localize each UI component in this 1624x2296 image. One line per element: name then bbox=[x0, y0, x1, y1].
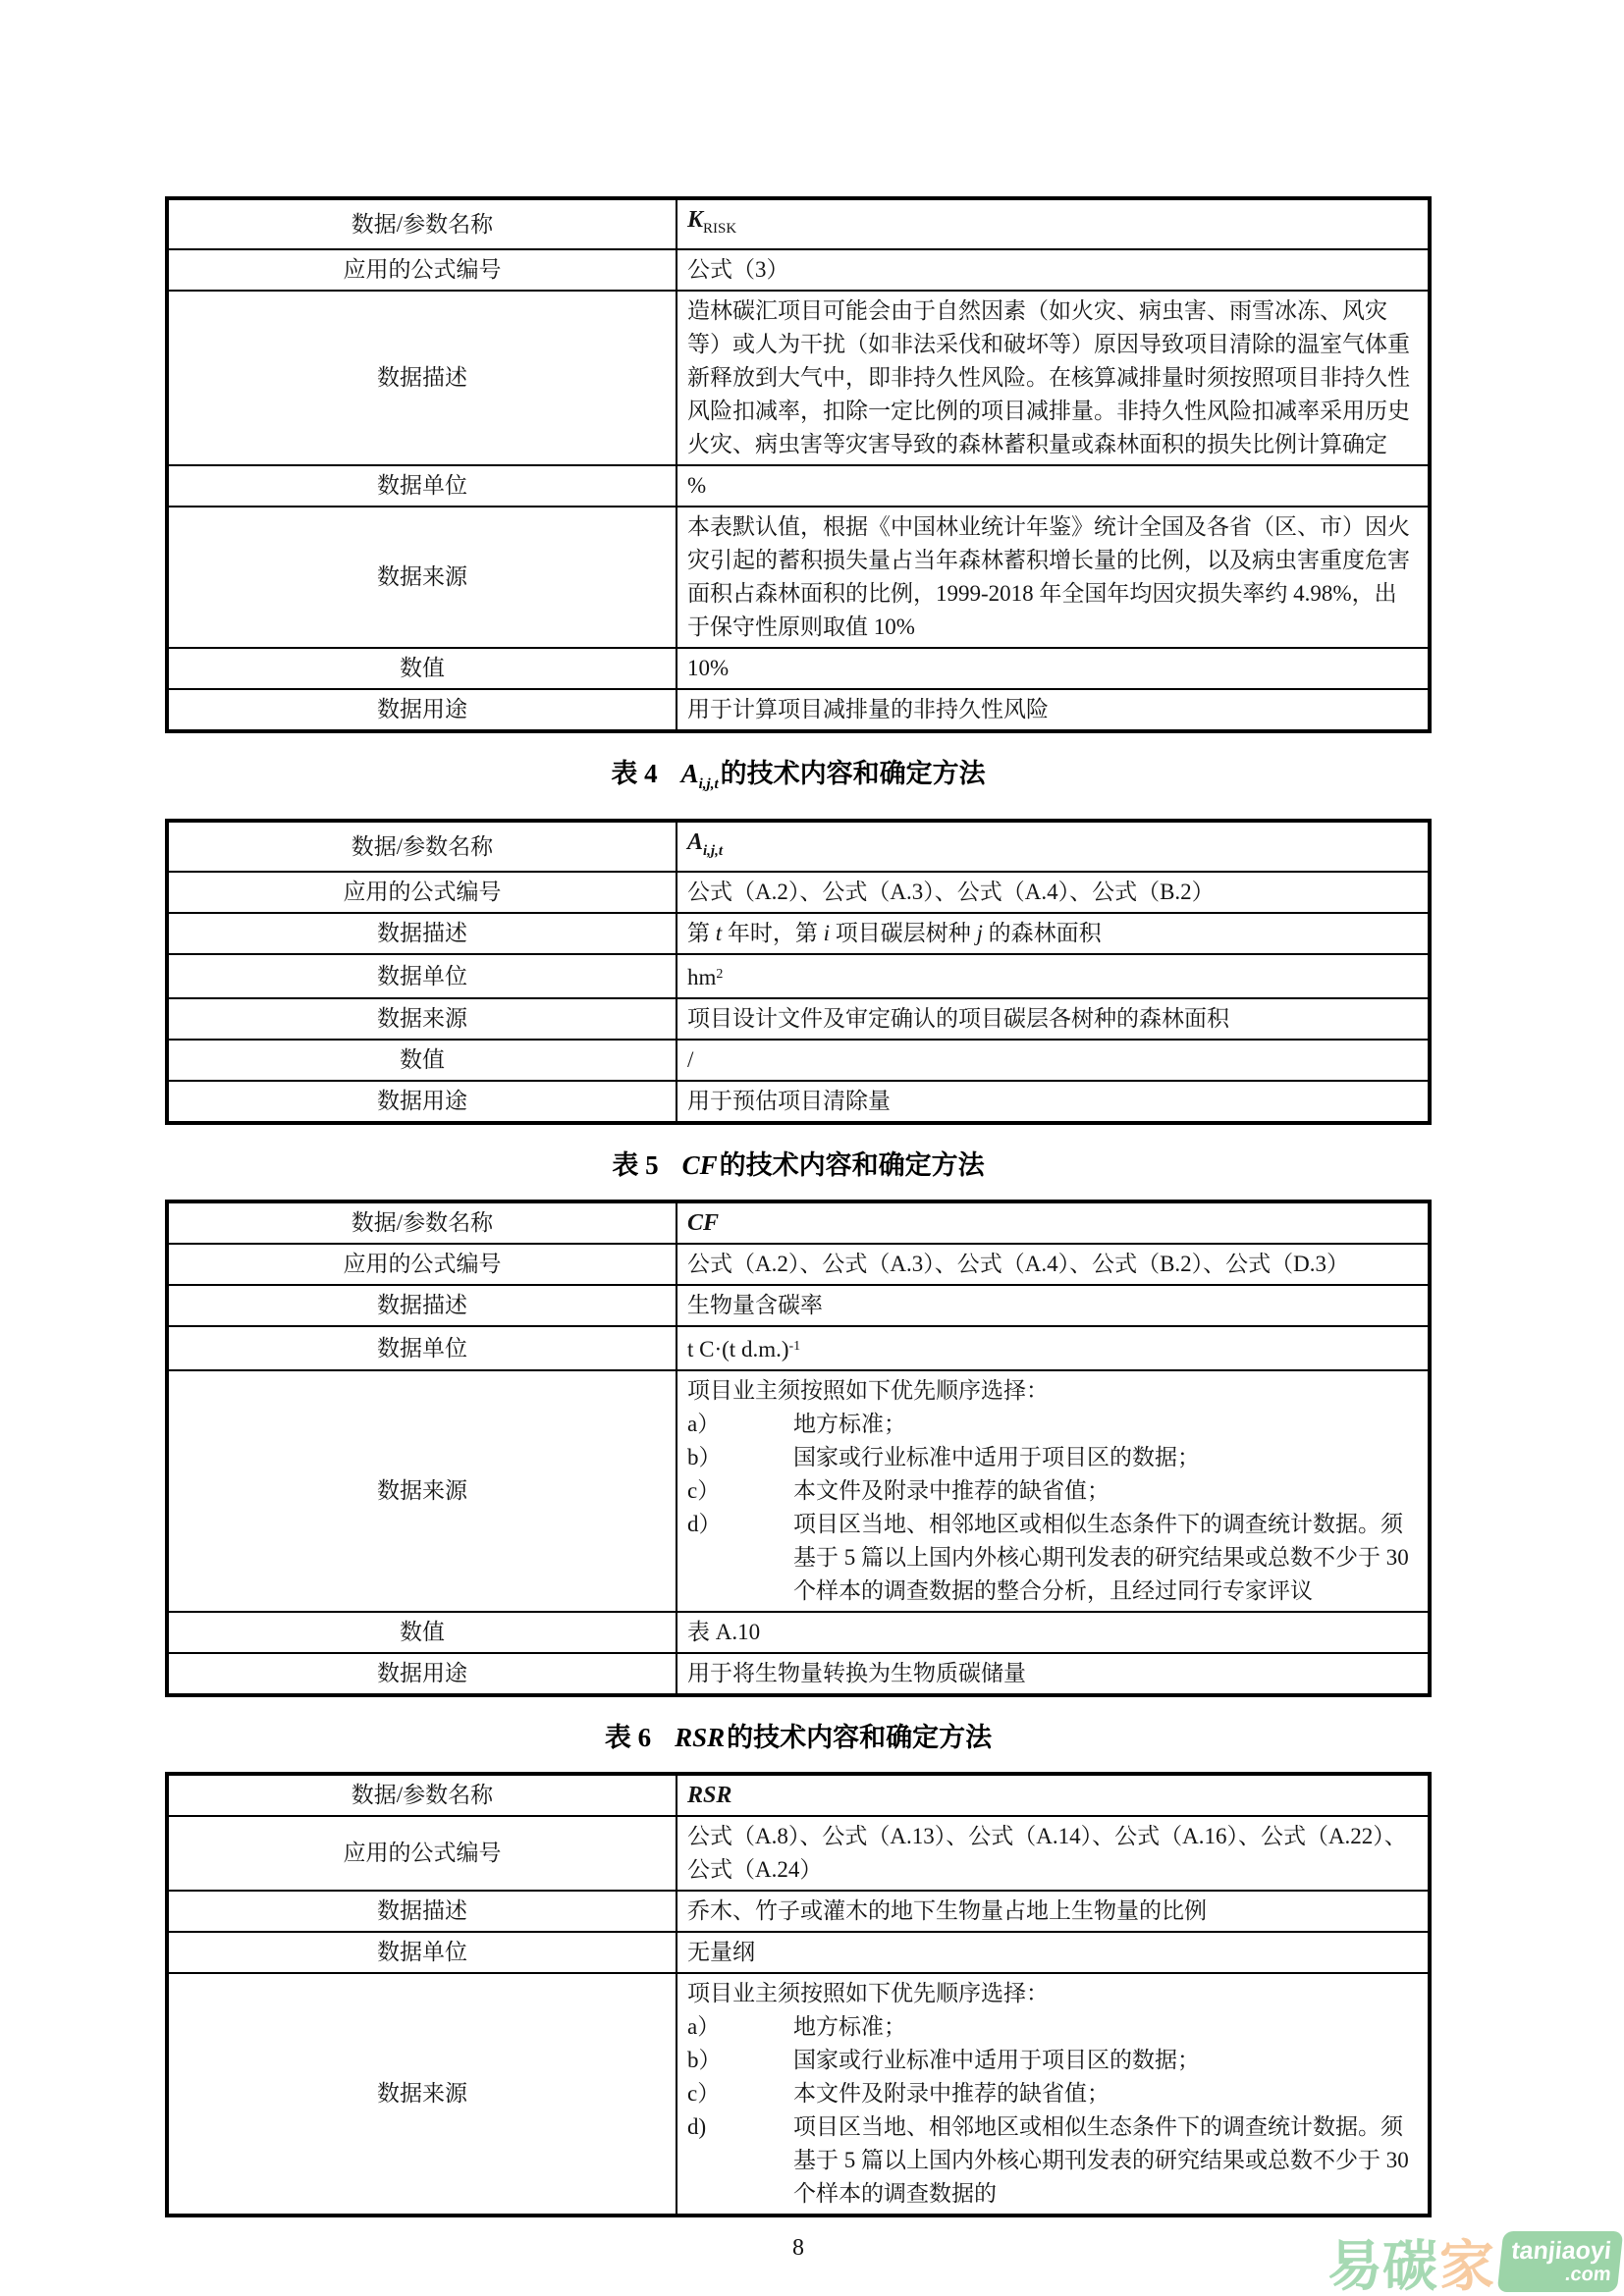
table-row: 应用的公式编号 公式（3） bbox=[167, 249, 1430, 291]
row-value: 项目设计文件及审定确认的项目碳层各树种的森林面积 bbox=[677, 998, 1430, 1040]
row-label: 数据/参数名称 bbox=[167, 198, 677, 249]
row-value: t C·(t d.m.)-1 bbox=[677, 1326, 1430, 1370]
list-item: c）本文件及附录中推荐的缺省值； bbox=[687, 2077, 1418, 2110]
row-value: 表 A.10 bbox=[677, 1612, 1430, 1653]
list-item: a）地方标准； bbox=[687, 1408, 1418, 1441]
param-subscript: RISK bbox=[703, 221, 736, 237]
row-label: 数据单位 bbox=[167, 1932, 677, 1973]
table-row: 数据/参数名称 CF bbox=[167, 1201, 1430, 1244]
parameter-table-cf: 数据/参数名称 CF 应用的公式编号 公式（A.2）、公式（A.3）、公式（A.… bbox=[165, 1200, 1432, 1697]
list-item: a）地方标准； bbox=[687, 2010, 1418, 2044]
table-row: 数据用途 用于将生物量转换为生物质碳储量 bbox=[167, 1653, 1430, 1695]
row-label: 数据用途 bbox=[167, 1653, 677, 1695]
row-label: 数据描述 bbox=[167, 291, 677, 465]
page-number: 8 bbox=[165, 2235, 1432, 2262]
row-label: 数据/参数名称 bbox=[167, 1201, 677, 1244]
row-value: 公式（A.8）、公式（A.13）、公式（A.14）、公式（A.16）、公式（A.… bbox=[677, 1816, 1430, 1891]
table-6-title: 表 6RSR的技术内容和确定方法 bbox=[165, 1721, 1432, 1754]
row-label: 数据来源 bbox=[167, 507, 677, 648]
row-label: 数据来源 bbox=[167, 998, 677, 1040]
row-label: 数据用途 bbox=[167, 689, 677, 731]
list-marker: c） bbox=[687, 2077, 793, 2110]
row-value: 用于预估项目清除量 bbox=[677, 1081, 1430, 1123]
table-row: 数据用途 用于预估项目清除量 bbox=[167, 1081, 1430, 1123]
row-value: 乔木、竹子或灌木的地下生物量占地上生物量的比例 bbox=[677, 1891, 1430, 1932]
table-row: 数据来源 项目业主须按照如下优先顺序选择： a）地方标准； b）国家或行业标准中… bbox=[167, 1973, 1430, 2216]
title-text: 的技术内容和确定方法 bbox=[721, 759, 986, 788]
row-value-param-name: Ai,j,t bbox=[677, 821, 1430, 872]
row-label: 数据描述 bbox=[167, 1891, 677, 1932]
list-marker: a） bbox=[687, 1408, 793, 1441]
list-marker: d) bbox=[687, 2110, 793, 2211]
row-value-param-name: KRISK bbox=[677, 198, 1430, 249]
table-row: 数据来源 本表默认值，根据《中国林业统计年鉴》统计全国及各省（区、市）因火灾引起… bbox=[167, 507, 1430, 648]
parameter-table-rsr: 数据/参数名称 RSR 应用的公式编号 公式（A.8）、公式（A.13）、公式（… bbox=[165, 1772, 1432, 2217]
watermark-badge: tanjiaoyi .com bbox=[1497, 2231, 1624, 2292]
row-value: 公式（A.2）、公式（A.3）、公式（A.4）、公式（B.2） bbox=[677, 872, 1430, 913]
row-label: 数据单位 bbox=[167, 1326, 677, 1370]
list-item: c）本文件及附录中推荐的缺省值； bbox=[687, 1474, 1418, 1508]
row-label: 应用的公式编号 bbox=[167, 872, 677, 913]
row-value: 本表默认值，根据《中国林业统计年鉴》统计全国及各省（区、市）因火灾引起的蓄积损失… bbox=[677, 507, 1430, 648]
page-content: 数据/参数名称 KRISK 应用的公式编号 公式（3） 数据描述 造林碳汇项目可… bbox=[165, 196, 1432, 2262]
parameter-table-aijt: 数据/参数名称 Ai,j,t 应用的公式编号 公式（A.2）、公式（A.3）、公… bbox=[165, 819, 1432, 1125]
table-row: 数据单位 t C·(t d.m.)-1 bbox=[167, 1326, 1430, 1370]
table-number: 表 4 bbox=[611, 759, 657, 788]
row-value: 用于将生物量转换为生物质碳储量 bbox=[677, 1653, 1430, 1695]
row-label: 数据单位 bbox=[167, 954, 677, 998]
watermark-text-orange: 家 bbox=[1439, 2237, 1494, 2296]
row-label: 数据/参数名称 bbox=[167, 821, 677, 872]
list-item: d)项目区当地、相邻地区或相似生态条件下的调查统计数据。须基于 5 篇以上国内外… bbox=[687, 2110, 1418, 2211]
table-number: 表 5 bbox=[612, 1150, 658, 1180]
unit-text: hm bbox=[687, 965, 716, 989]
list-text: 项目区当地、相邻地区或相似生态条件下的调查统计数据。须基于 5 篇以上国内外核心… bbox=[793, 1508, 1418, 1608]
list-item: d）项目区当地、相邻地区或相似生态条件下的调查统计数据。须基于 5 篇以上国内外… bbox=[687, 1508, 1418, 1608]
document-page: { "page": { "number": "8" }, "row_labels… bbox=[0, 0, 1624, 2296]
list-text: 项目区当地、相邻地区或相似生态条件下的调查统计数据。须基于 5 篇以上国内外核心… bbox=[793, 2110, 1418, 2211]
title-text: 的技术内容和确定方法 bbox=[727, 1723, 992, 1752]
row-label: 数值 bbox=[167, 1612, 677, 1653]
list-text: 本文件及附录中推荐的缺省值； bbox=[793, 2077, 1418, 2110]
list-marker: a） bbox=[687, 2010, 793, 2044]
row-label: 应用的公式编号 bbox=[167, 1244, 677, 1285]
list-item: b）国家或行业标准中适用于项目区的数据； bbox=[687, 1441, 1418, 1474]
param-symbol: CF bbox=[687, 1210, 719, 1236]
table-row: 数据单位 无量纲 bbox=[167, 1932, 1430, 1973]
table-row: 数据描述 乔木、竹子或灌木的地下生物量占地上生物量的比例 bbox=[167, 1891, 1430, 1932]
list-item: b）国家或行业标准中适用于项目区的数据； bbox=[687, 2044, 1418, 2077]
row-value: 造林碳汇项目可能会由于自然因素（如火灾、病虫害、雨雪冰冻、风灾等）或人为干扰（如… bbox=[677, 291, 1430, 465]
title-text: 的技术内容和确定方法 bbox=[720, 1150, 985, 1180]
row-label: 应用的公式编号 bbox=[167, 249, 677, 291]
list-marker: c） bbox=[687, 1474, 793, 1508]
row-value: % bbox=[677, 465, 1430, 507]
row-value-source-list: 项目业主须按照如下优先顺序选择： a）地方标准； b）国家或行业标准中适用于项目… bbox=[677, 1973, 1430, 2216]
title-param-symbol: A bbox=[681, 759, 699, 788]
list-marker: b） bbox=[687, 1441, 793, 1474]
desc-text: 年时，第 bbox=[722, 921, 824, 945]
table-row: 数值 表 A.10 bbox=[167, 1612, 1430, 1653]
row-value-param-name: CF bbox=[677, 1201, 1430, 1244]
row-label: 数据来源 bbox=[167, 1973, 677, 2216]
row-label: 数据用途 bbox=[167, 1081, 677, 1123]
table-number: 表 6 bbox=[605, 1723, 651, 1752]
row-label: 数值 bbox=[167, 1040, 677, 1081]
title-param-symbol: CF bbox=[682, 1150, 718, 1180]
param-symbol: A bbox=[687, 829, 703, 855]
unit-superscript: -1 bbox=[789, 1339, 801, 1354]
table-row: 应用的公式编号 公式（A.2）、公式（A.3）、公式（A.4）、公式（B.2）、… bbox=[167, 1244, 1430, 1285]
param-symbol: K bbox=[687, 207, 703, 233]
list-text: 本文件及附录中推荐的缺省值； bbox=[793, 1474, 1418, 1508]
row-label: 数据描述 bbox=[167, 1285, 677, 1326]
row-label: 数据描述 bbox=[167, 913, 677, 954]
row-value: hm2 bbox=[677, 954, 1430, 998]
table-4-title: 表 4Ai,j,t的技术内容和确定方法 bbox=[165, 757, 1432, 801]
row-value: 用于计算项目减排量的非持久性风险 bbox=[677, 689, 1430, 731]
list-text: 地方标准； bbox=[793, 1408, 1418, 1441]
title-param-subscript: i,j,t bbox=[699, 776, 719, 792]
row-value: 无量纲 bbox=[677, 1932, 1430, 1973]
row-label: 数据/参数名称 bbox=[167, 1774, 677, 1816]
table-row: 数据/参数名称 KRISK bbox=[167, 198, 1430, 249]
param-subscript: i,j,t bbox=[703, 843, 723, 859]
table-row: 应用的公式编号 公式（A.2）、公式（A.3）、公式（A.4）、公式（B.2） bbox=[167, 872, 1430, 913]
parameter-table-krisk: 数据/参数名称 KRISK 应用的公式编号 公式（3） 数据描述 造林碳汇项目可… bbox=[165, 196, 1432, 733]
table-row: 数据描述 造林碳汇项目可能会由于自然因素（如火灾、病虫害、雨雪冰冻、风灾等）或人… bbox=[167, 291, 1430, 465]
source-intro: 项目业主须按照如下优先顺序选择： bbox=[687, 1374, 1418, 1408]
row-value: 第 t 年时，第 i 项目碳层树种 j 的森林面积 bbox=[677, 913, 1430, 954]
table-row: 数值 / bbox=[167, 1040, 1430, 1081]
unit-superscript: 2 bbox=[716, 967, 723, 982]
row-value-param-name: RSR bbox=[677, 1774, 1430, 1816]
row-value: 公式（A.2）、公式（A.3）、公式（A.4）、公式（B.2）、公式（D.3） bbox=[677, 1244, 1430, 1285]
watermark-badge-domain: tanjiaoyi bbox=[1508, 2238, 1615, 2264]
list-text: 地方标准； bbox=[793, 2010, 1418, 2044]
row-value-source-list: 项目业主须按照如下优先顺序选择： a）地方标准； b）国家或行业标准中适用于项目… bbox=[677, 1370, 1430, 1612]
list-text: 国家或行业标准中适用于项目区的数据； bbox=[793, 1441, 1418, 1474]
row-value: / bbox=[677, 1040, 1430, 1081]
watermark-badge-tld: .com bbox=[1505, 2264, 1611, 2285]
row-value: 生物量含碳率 bbox=[677, 1285, 1430, 1326]
table-row: 数据用途 用于计算项目减排量的非持久性风险 bbox=[167, 689, 1430, 731]
row-label: 应用的公式编号 bbox=[167, 1816, 677, 1891]
row-label: 数据来源 bbox=[167, 1370, 677, 1612]
param-symbol: RSR bbox=[687, 1783, 731, 1808]
table-row: 数据/参数名称 RSR bbox=[167, 1774, 1430, 1816]
desc-text: 第 bbox=[687, 921, 716, 945]
table-row: 数据描述 生物量含碳率 bbox=[167, 1285, 1430, 1326]
row-label: 数据单位 bbox=[167, 465, 677, 507]
desc-text: 的森林面积 bbox=[983, 921, 1102, 945]
source-intro: 项目业主须按照如下优先顺序选择： bbox=[687, 1977, 1418, 2010]
table-row: 应用的公式编号 公式（A.8）、公式（A.13）、公式（A.14）、公式（A.1… bbox=[167, 1816, 1430, 1891]
table-row: 数据描述 第 t 年时，第 i 项目碳层树种 j 的森林面积 bbox=[167, 913, 1430, 954]
table-row: 数值 10% bbox=[167, 648, 1430, 689]
unit-text: t C·(t d.m.) bbox=[687, 1337, 789, 1362]
table-row: 数据来源 项目设计文件及审定确认的项目碳层各树种的森林面积 bbox=[167, 998, 1430, 1040]
row-label: 数值 bbox=[167, 648, 677, 689]
table-row: 数据单位 hm2 bbox=[167, 954, 1430, 998]
desc-text: 项目碳层树种 bbox=[830, 921, 977, 945]
list-marker: b） bbox=[687, 2044, 793, 2077]
title-param-symbol: RSR bbox=[675, 1723, 725, 1752]
table-row: 数据/参数名称 Ai,j,t bbox=[167, 821, 1430, 872]
list-marker: d） bbox=[687, 1508, 793, 1608]
row-value: 公式（3） bbox=[677, 249, 1430, 291]
table-row: 数据来源 项目业主须按照如下优先顺序选择： a）地方标准； b）国家或行业标准中… bbox=[167, 1370, 1430, 1612]
table-row: 数据单位 % bbox=[167, 465, 1430, 507]
row-value: 10% bbox=[677, 648, 1430, 689]
table-5-title: 表 5CF的技术内容和确定方法 bbox=[165, 1148, 1432, 1182]
list-text: 国家或行业标准中适用于项目区的数据； bbox=[793, 2044, 1418, 2077]
